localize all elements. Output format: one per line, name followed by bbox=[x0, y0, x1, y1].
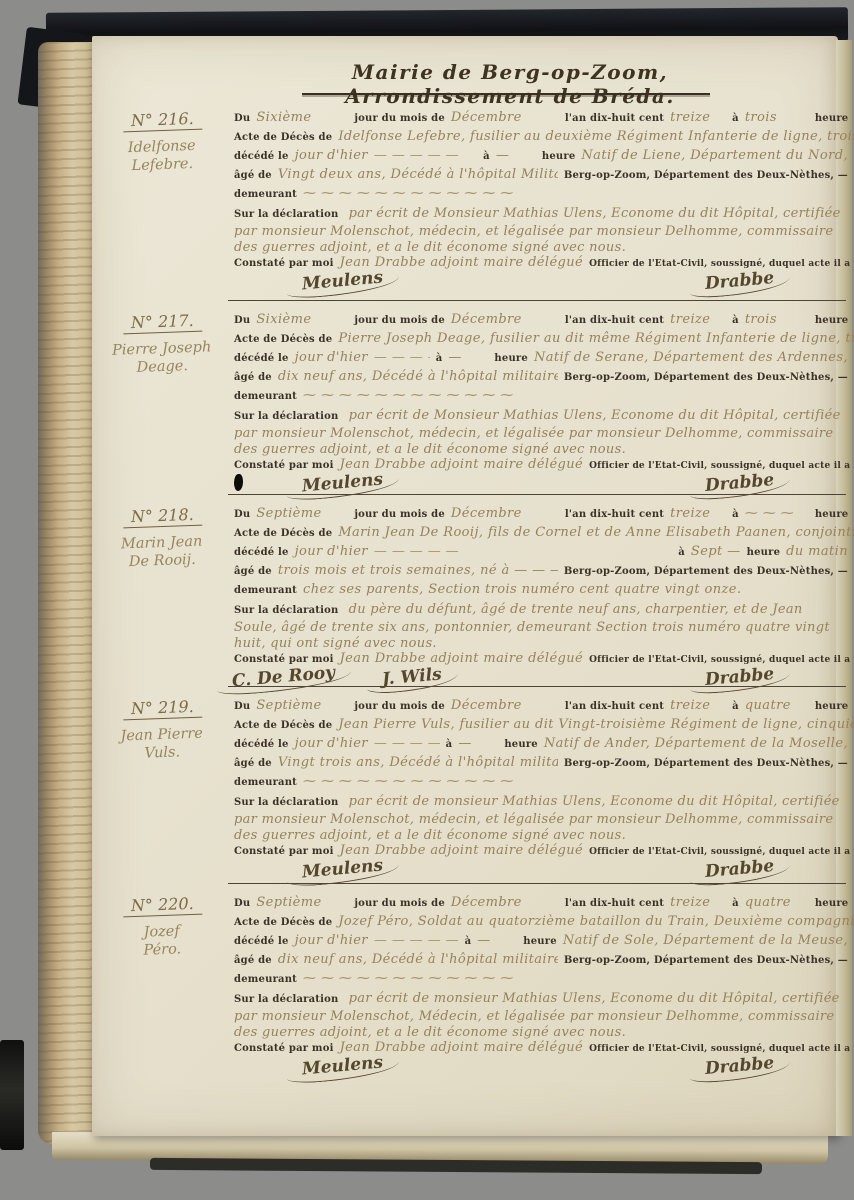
label-officier-etat-civil: Officier de l'Etat-Civil, soussigné, duq… bbox=[589, 1044, 854, 1054]
signature-row: Meulens Drabbe bbox=[234, 269, 848, 295]
handwritten-deceased-description: Idelfonse Lefebre, fusilier au deuxième … bbox=[338, 129, 854, 144]
label-du: Du bbox=[234, 113, 250, 124]
handwritten-officer-name: Jean Drabbe adjoint maire délégué bbox=[340, 651, 584, 666]
declaration-block: Sur la déclaration par écrit de Monsieur… bbox=[234, 206, 848, 257]
date-line: Du Sixième jour du mois de Décembre l'an… bbox=[234, 312, 848, 331]
decede-line: décédé le jour d'hier — — — — — à — heur… bbox=[234, 148, 848, 167]
deceased-first-name: Jozef bbox=[143, 923, 180, 940]
label-demeurant: demeurant bbox=[234, 391, 297, 402]
label-sur-la-declaration: Sur la déclaration bbox=[234, 209, 338, 220]
deceased-last-name: Vuls. bbox=[144, 744, 180, 761]
label-age-de: âgé de bbox=[234, 955, 272, 966]
handwritten-death-hour: — bbox=[448, 350, 488, 365]
handwritten-birthplace: Natif de Ander, Département de la Mosell… bbox=[544, 736, 848, 751]
label-heure: heure bbox=[815, 701, 849, 712]
date-line: Du Sixième jour du mois de Décembre l'an… bbox=[234, 110, 848, 129]
handwritten-deceased-description: Jean Pierre Vuls, fusilier au dit Vingt-… bbox=[338, 717, 854, 732]
label-demeurant: demeurant bbox=[234, 585, 297, 596]
record-body: Du Septième jour du mois de Décembre l'a… bbox=[234, 500, 848, 700]
signature-officer: Drabbe bbox=[688, 853, 791, 888]
label-a: à bbox=[732, 898, 739, 909]
filler-dashes: — — — — — bbox=[374, 933, 459, 948]
label-du: Du bbox=[234, 898, 250, 909]
handwritten-death-day: jour d'hier bbox=[295, 350, 368, 365]
deceased-last-name: De Rooij. bbox=[129, 552, 196, 570]
handwritten-day: Sixième bbox=[256, 110, 348, 125]
record-margin-name: Pierre Joseph Deage. bbox=[95, 338, 228, 379]
handwritten-age: dix neuf ans, Décédé à l'hôpital militai… bbox=[278, 369, 558, 384]
record-number: N° 219. bbox=[122, 697, 201, 721]
deceased-last-name: Péro. bbox=[143, 941, 181, 958]
acte-line: Acte de Décès de Idelfonse Lefebre, fusi… bbox=[234, 129, 848, 148]
label-age-de: âgé de bbox=[234, 170, 272, 181]
signature-row: Meulens Drabbe bbox=[234, 1054, 848, 1080]
declaration-block: Sur la déclaration du père du défunt, âg… bbox=[234, 602, 848, 653]
handwritten-death-hour: — bbox=[496, 148, 536, 163]
handwritten-residence: ⁓ ⁓ ⁓ ⁓ ⁓ ⁓ ⁓ ⁓ ⁓ ⁓ ⁓ ⁓ bbox=[303, 971, 514, 986]
deceased-first-name: Jean Pierre bbox=[120, 726, 203, 745]
acte-line: Acte de Décès de Jean Pierre Vuls, fusil… bbox=[234, 717, 848, 736]
label-heure: heure bbox=[523, 936, 557, 947]
handwritten-age: trois mois et trois semaines, né à — — — bbox=[278, 563, 558, 578]
handwritten-month: Décembre bbox=[451, 110, 559, 125]
label-acte-de-deces: Acte de Décès de bbox=[234, 917, 332, 928]
label-lan: l'an dix-huit cent bbox=[565, 898, 664, 909]
handwritten-deceased-description: Pierre Joseph Deage, fusilier au dit mêm… bbox=[338, 331, 854, 346]
handwritten-death-hour: Sept — bbox=[691, 544, 741, 559]
signature-officer: Drabbe bbox=[688, 1050, 791, 1085]
age-line: âgé de dix neuf ans, Décédé à l'hôpital … bbox=[234, 369, 848, 388]
handwritten-birthplace: du matin bbox=[786, 544, 848, 559]
label-city: Berg-op-Zoom, Département des Deux-Nèthe… bbox=[564, 566, 848, 577]
filler-dashes: — — — — — bbox=[374, 148, 477, 163]
decede-line: décédé le jour d'hier — — — — — à Sept —… bbox=[234, 544, 848, 563]
record-margin-name: Jozef Péro. bbox=[95, 921, 228, 962]
record-number: N° 220. bbox=[122, 894, 201, 918]
label-constate-par-moi: Constaté par moi bbox=[234, 1043, 334, 1054]
declaration-block: Sur la déclaration par écrit de monsieur… bbox=[234, 991, 848, 1042]
handwritten-day: Septième bbox=[256, 698, 348, 713]
label-du: Du bbox=[234, 509, 250, 520]
label-a: à bbox=[732, 509, 739, 520]
label-a: à bbox=[732, 113, 739, 124]
handwritten-age: Vingt trois ans, Décédé à l'hôpital mili… bbox=[278, 755, 558, 770]
label-heure: heure bbox=[815, 315, 849, 326]
handwritten-deceased-description: Jozef Péro, Soldat au quatorzième batail… bbox=[338, 914, 854, 929]
signature-declarant-witness: J. Wils bbox=[365, 661, 459, 695]
label-du: Du bbox=[234, 315, 250, 326]
handwritten-day: Septième bbox=[256, 895, 348, 910]
record-number: N° 216. bbox=[122, 109, 201, 133]
handwritten-death-day: jour d'hier bbox=[295, 736, 368, 751]
handwritten-age: Vingt deux ans, Décédé à l'hôpital Milit… bbox=[278, 167, 558, 182]
death-record-218: N° 218. Marin Jean De Rooij. Du Septième… bbox=[0, 500, 854, 700]
handwritten-age: dix neuf ans, Décédé à l'hôpital militai… bbox=[278, 952, 558, 967]
deceased-first-name: Pierre Joseph bbox=[112, 339, 212, 358]
handwritten-year: treize bbox=[670, 698, 726, 713]
label-decede-le: décédé le bbox=[234, 547, 289, 558]
handwritten-day: Sixième bbox=[256, 312, 348, 327]
label-acte-de-deces: Acte de Décès de bbox=[234, 334, 332, 345]
filler-dashes: — — — — — bbox=[374, 736, 440, 751]
label-jour-du-mois: jour du mois de bbox=[354, 113, 445, 124]
handwritten-hour: trois bbox=[745, 110, 809, 125]
label-demeurant: demeurant bbox=[234, 189, 297, 200]
record-body: Du Sixième jour du mois de Décembre l'an… bbox=[234, 306, 848, 506]
signature-officer: Drabbe bbox=[688, 467, 791, 502]
death-record-217: N° 217. Pierre Joseph Deage. Du Sixième … bbox=[0, 306, 854, 506]
signature-declarant: Meulens bbox=[285, 264, 400, 300]
handwritten-year: treize bbox=[670, 895, 726, 910]
label-lan: l'an dix-huit cent bbox=[565, 509, 664, 520]
label-city: Berg-op-Zoom, Département des Deux-Nèthe… bbox=[564, 955, 848, 966]
handwritten-death-day: jour d'hier bbox=[295, 544, 368, 559]
label-heure: heure bbox=[494, 353, 528, 364]
label-jour-du-mois: jour du mois de bbox=[354, 701, 445, 712]
handwritten-death-hour: — bbox=[458, 736, 498, 751]
handwritten-residence: ⁓ ⁓ ⁓ ⁓ ⁓ ⁓ ⁓ ⁓ ⁓ ⁓ ⁓ ⁓ bbox=[303, 774, 514, 789]
decede-line: décédé le jour d'hier — — — — — à — heur… bbox=[234, 933, 848, 952]
record-body: Du Septième jour du mois de Décembre l'a… bbox=[234, 692, 848, 892]
label-a: à bbox=[465, 936, 472, 947]
label-officier-etat-civil: Officier de l'Etat-Civil, soussigné, duq… bbox=[589, 461, 854, 471]
age-line: âgé de dix neuf ans, Décédé à l'hôpital … bbox=[234, 952, 848, 971]
label-du: Du bbox=[234, 701, 250, 712]
label-a: à bbox=[436, 353, 443, 364]
declaration-block: Sur la déclaration par écrit de Monsieur… bbox=[234, 408, 848, 459]
label-acte-de-deces: Acte de Décès de bbox=[234, 528, 332, 539]
label-jour-du-mois: jour du mois de bbox=[354, 898, 445, 909]
label-a: à bbox=[483, 151, 490, 162]
label-decede-le: décédé le bbox=[234, 739, 289, 750]
record-body: Du Septième jour du mois de Décembre l'a… bbox=[234, 889, 848, 1089]
label-a: à bbox=[732, 701, 739, 712]
demeurant-line: demeurant ⁓ ⁓ ⁓ ⁓ ⁓ ⁓ ⁓ ⁓ ⁓ ⁓ ⁓ ⁓ bbox=[234, 388, 848, 407]
header-rule bbox=[302, 93, 710, 95]
handwritten-residence: ⁓ ⁓ ⁓ ⁓ ⁓ ⁓ ⁓ ⁓ ⁓ ⁓ ⁓ ⁓ bbox=[303, 388, 514, 403]
label-demeurant: demeurant bbox=[234, 777, 297, 788]
acte-line: Acte de Décès de Marin Jean De Rooij, fi… bbox=[234, 525, 848, 544]
handwritten-hour: trois bbox=[745, 312, 809, 327]
record-margin-name: Idelfonse Lefebre. bbox=[95, 136, 228, 177]
handwritten-month: Décembre bbox=[451, 312, 559, 327]
label-constate-par-moi: Constaté par moi bbox=[234, 846, 334, 857]
label-acte-de-deces: Acte de Décès de bbox=[234, 720, 332, 731]
label-lan: l'an dix-huit cent bbox=[565, 315, 664, 326]
demeurant-line: demeurant ⁓ ⁓ ⁓ ⁓ ⁓ ⁓ ⁓ ⁓ ⁓ ⁓ ⁓ ⁓ bbox=[234, 186, 848, 205]
label-sur-la-declaration: Sur la déclaration bbox=[234, 605, 338, 616]
signature-declarant: Meulens bbox=[285, 466, 400, 502]
deceased-last-name: Lefebre. bbox=[131, 156, 193, 174]
handwritten-year: treize bbox=[670, 506, 726, 521]
death-record-220: N° 220. Jozef Péro. Du Septième jour du … bbox=[0, 889, 854, 1089]
handwritten-year: treize bbox=[670, 312, 726, 327]
acte-line: Acte de Décès de Jozef Péro, Soldat au q… bbox=[234, 914, 848, 933]
signature-row: Meulens Drabbe bbox=[234, 471, 848, 497]
label-jour-du-mois: jour du mois de bbox=[354, 315, 445, 326]
label-decede-le: décédé le bbox=[234, 151, 289, 162]
label-constate-par-moi: Constaté par moi bbox=[234, 258, 334, 269]
label-decede-le: décédé le bbox=[234, 936, 289, 947]
record-number: N° 217. bbox=[122, 311, 201, 335]
label-city: Berg-op-Zoom, Département des Deux-Nèthe… bbox=[564, 170, 848, 181]
record-margin: N° 219. Jean Pierre Vuls. bbox=[96, 698, 228, 762]
label-jour-du-mois: jour du mois de bbox=[354, 509, 445, 520]
handwritten-day: Septième bbox=[256, 506, 348, 521]
label-city: Berg-op-Zoom, Département des Deux-Nèthe… bbox=[564, 758, 848, 769]
record-margin: N° 217. Pierre Joseph Deage. bbox=[96, 312, 228, 376]
record-body: Du Sixième jour du mois de Décembre l'an… bbox=[234, 104, 848, 304]
age-line: âgé de trois mois et trois semaines, né … bbox=[234, 563, 848, 582]
declaration-block: Sur la déclaration par écrit de monsieur… bbox=[234, 794, 848, 845]
label-acte-de-deces: Acte de Décès de bbox=[234, 132, 332, 143]
death-record-216: N° 216. Idelfonse Lefebre. Du Sixième jo… bbox=[0, 104, 854, 304]
handwritten-residence: chez ses parents, Section trois numéro c… bbox=[303, 582, 741, 597]
handwritten-month: Décembre bbox=[451, 895, 559, 910]
label-city: Berg-op-Zoom, Département des Deux-Nèthe… bbox=[564, 372, 848, 383]
record-margin: N° 220. Jozef Péro. bbox=[96, 895, 228, 959]
label-heure: heure bbox=[747, 547, 781, 558]
label-heure: heure bbox=[542, 151, 576, 162]
label-heure: heure bbox=[815, 898, 849, 909]
demeurant-line: demeurant ⁓ ⁓ ⁓ ⁓ ⁓ ⁓ ⁓ ⁓ ⁓ ⁓ ⁓ ⁓ bbox=[234, 971, 848, 990]
handwritten-residence: ⁓ ⁓ ⁓ ⁓ ⁓ ⁓ ⁓ ⁓ ⁓ ⁓ ⁓ ⁓ bbox=[303, 186, 514, 201]
label-a: à bbox=[732, 315, 739, 326]
demeurant-line: demeurant chez ses parents, Section troi… bbox=[234, 582, 848, 601]
date-line: Du Septième jour du mois de Décembre l'a… bbox=[234, 506, 848, 525]
handwritten-birthplace: Natif de Liene, Département du Nord, bbox=[581, 148, 848, 163]
label-heure: heure bbox=[815, 113, 849, 124]
signature-officer: Drabbe bbox=[688, 265, 791, 300]
decede-line: décédé le jour d'hier — — — — — à — heur… bbox=[234, 350, 848, 369]
handwritten-birthplace: Natif de Serane, Département des Ardenne… bbox=[534, 350, 848, 365]
death-record-219: N° 219. Jean Pierre Vuls. Du Septième jo… bbox=[0, 692, 854, 892]
signature-declarant: Meulens bbox=[285, 1049, 400, 1085]
label-a: à bbox=[678, 547, 685, 558]
handwritten-month: Décembre bbox=[451, 698, 559, 713]
acte-line: Acte de Décès de Pierre Joseph Deage, fu… bbox=[234, 331, 848, 350]
page-title: Mairie de Berg-op-Zoom, Arrondissement d… bbox=[250, 60, 770, 108]
handwritten-death-hour: — bbox=[477, 933, 517, 948]
record-margin-name: Marin Jean De Rooij. bbox=[95, 532, 228, 573]
label-age-de: âgé de bbox=[234, 758, 272, 769]
deceased-last-name: Deage. bbox=[136, 358, 188, 376]
label-a: à bbox=[446, 739, 453, 750]
handwritten-month: Décembre bbox=[451, 506, 559, 521]
demeurant-line: demeurant ⁓ ⁓ ⁓ ⁓ ⁓ ⁓ ⁓ ⁓ ⁓ ⁓ ⁓ ⁓ bbox=[234, 774, 848, 793]
signature-declarant: Meulens bbox=[285, 852, 400, 888]
label-decede-le: décédé le bbox=[234, 353, 289, 364]
label-officier-etat-civil: Officier de l'Etat-Civil, soussigné, duq… bbox=[589, 847, 854, 857]
filler-dashes: — — — — — bbox=[374, 544, 672, 559]
handwritten-hour: ⁓ ⁓ ⁓ bbox=[745, 506, 809, 521]
label-officier-etat-civil: Officier de l'Etat-Civil, soussigné, duq… bbox=[589, 655, 854, 665]
page-content: Mairie de Berg-op-Zoom, Arrondissement d… bbox=[0, 0, 854, 1200]
record-margin: N° 216. Idelfonse Lefebre. bbox=[96, 110, 228, 174]
label-age-de: âgé de bbox=[234, 372, 272, 383]
handwritten-death-day: jour d'hier bbox=[295, 933, 368, 948]
label-age-de: âgé de bbox=[234, 566, 272, 577]
record-margin-name: Jean Pierre Vuls. bbox=[95, 724, 228, 765]
label-demeurant: demeurant bbox=[234, 974, 297, 985]
date-line: Du Septième jour du mois de Décembre l'a… bbox=[234, 698, 848, 717]
record-margin: N° 218. Marin Jean De Rooij. bbox=[96, 506, 228, 570]
label-sur-la-declaration: Sur la déclaration bbox=[234, 994, 338, 1005]
label-heure: heure bbox=[815, 509, 849, 520]
handwritten-deceased-description: Marin Jean De Rooij, fils de Cornel et d… bbox=[338, 525, 854, 540]
handwritten-death-day: jour d'hier bbox=[295, 148, 368, 163]
label-officier-etat-civil: Officier de l'Etat-Civil, soussigné, duq… bbox=[589, 259, 854, 269]
label-lan: l'an dix-huit cent bbox=[565, 701, 664, 712]
decede-line: décédé le jour d'hier — — — — — à — heur… bbox=[234, 736, 848, 755]
filler-dashes: — — — — — bbox=[374, 350, 430, 365]
label-lan: l'an dix-huit cent bbox=[565, 113, 664, 124]
handwritten-hour: quatre bbox=[745, 698, 809, 713]
label-sur-la-declaration: Sur la déclaration bbox=[234, 411, 338, 422]
handwritten-hour: quatre bbox=[745, 895, 809, 910]
signature-officer: Drabbe bbox=[688, 661, 791, 696]
label-heure: heure bbox=[504, 739, 538, 750]
label-constate-par-moi: Constaté par moi bbox=[234, 460, 334, 471]
signature-row: C. De Rooy J. Wils Drabbe bbox=[234, 665, 848, 691]
age-line: âgé de Vingt deux ans, Décédé à l'hôpita… bbox=[234, 167, 848, 186]
record-number: N° 218. bbox=[122, 505, 201, 529]
handwritten-year: treize bbox=[670, 110, 726, 125]
handwritten-birthplace: Natif de Sole, Département de la Meuse, bbox=[563, 933, 848, 948]
age-line: âgé de Vingt trois ans, Décédé à l'hôpit… bbox=[234, 755, 848, 774]
deceased-first-name: Marin Jean bbox=[121, 534, 203, 553]
signature-row: Meulens Drabbe bbox=[234, 857, 848, 883]
date-line: Du Septième jour du mois de Décembre l'a… bbox=[234, 895, 848, 914]
label-sur-la-declaration: Sur la déclaration bbox=[234, 797, 338, 808]
deceased-first-name: Idelfonse bbox=[128, 138, 196, 156]
